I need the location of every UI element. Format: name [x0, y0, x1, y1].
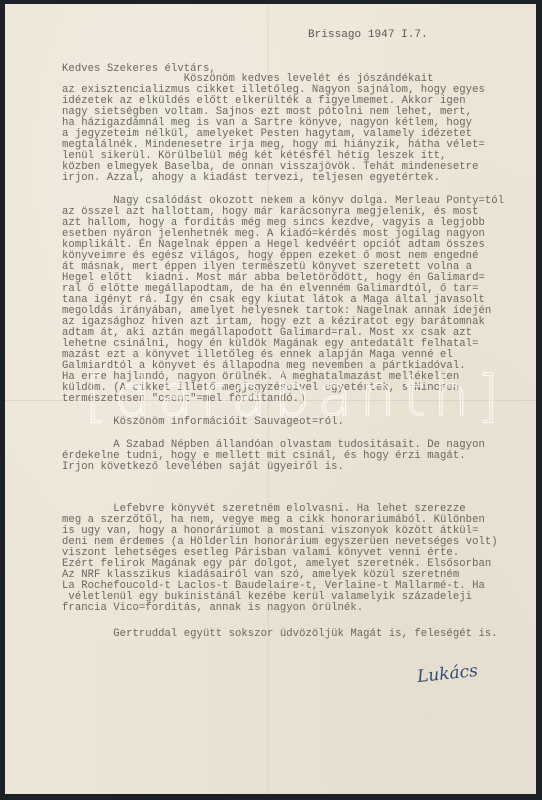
letter-line: Irjon következő levelében saját ügyeiről…	[62, 462, 344, 473]
letter-paper: Brissago 1947 I.7. Kedves Szekeres élvtá…	[5, 4, 536, 794]
place-date: Brissago 1947 I.7.	[308, 30, 428, 41]
letter-line: természetesen "csent"=mel forditandó.)	[62, 394, 305, 405]
handwritten-signature: Lukács	[416, 661, 479, 687]
letter-line: Köszönöm információit Sauvageot=ról.	[62, 417, 344, 428]
letter-line: irjon. Azzal, ahogy a kiadást tervezi, t…	[62, 173, 440, 184]
letter-line: francia Vico=forditás, annak is nagyon ö…	[62, 603, 363, 614]
letter-line: Gertruddal együtt sokszor üdvözöljük Mag…	[62, 629, 498, 640]
